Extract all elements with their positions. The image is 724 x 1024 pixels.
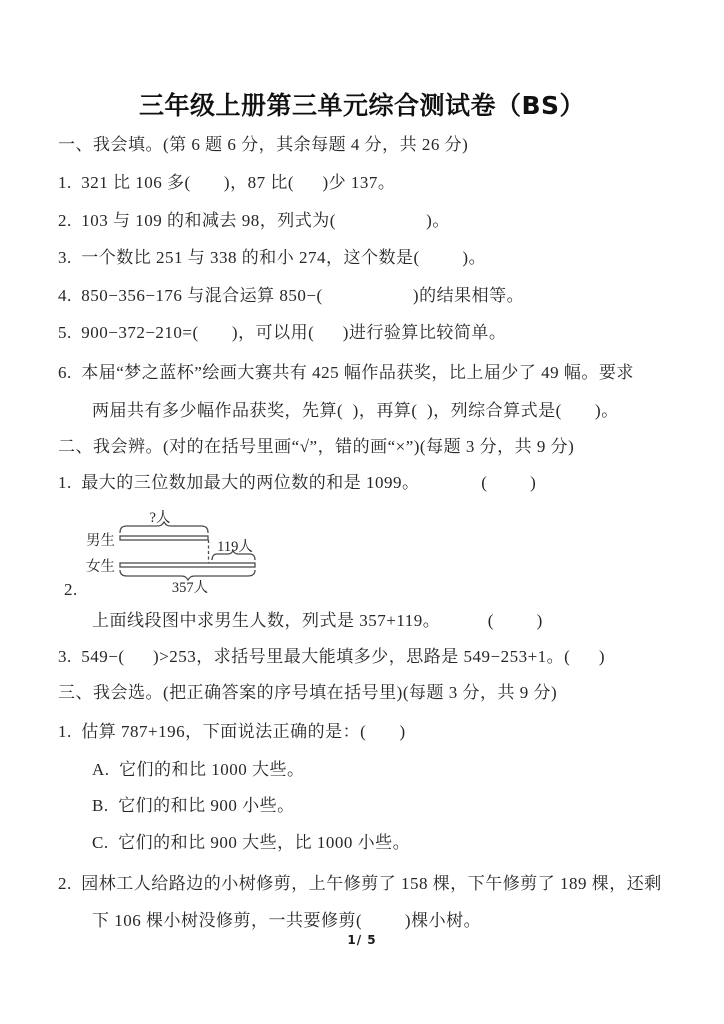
boys-segment — [120, 536, 208, 540]
section2-item2: 上面线段图中求男生人数，列式是 357+119。 ( ) — [92, 610, 543, 632]
section2-item1: 1. 最大的三位数加最大的两位数的和是 1099。 ( ) — [58, 472, 536, 494]
section1-item2: 2. 103 与 109 的和减去 98，列式为( )。 — [58, 210, 450, 232]
section3-item2-line1: 2. 园林工人给路边的小树修剪，上午修剪了 158 棵，下午修剪了 189 棵，… — [58, 873, 662, 895]
section1-item6-line1: 6. 本届“梦之蓝杯”绘画大赛共有 425 幅作品获奖，比上届少了 49 幅。要… — [58, 362, 634, 384]
diagram-boys-label: 男生 — [86, 532, 115, 549]
total-brace-icon — [120, 570, 255, 580]
section3-item2-line2: 下 106 棵小树没修剪，一共要修剪( )棵小树。 — [92, 910, 481, 932]
section1-item3: 3. 一个数比 251 与 338 的和小 274，这个数是( )。 — [58, 247, 486, 269]
section1-item6-line2: 两届共有多少幅作品获奖，先算( )，再算( )，列综合算式是( )。 — [92, 400, 619, 422]
section3-item1-option-b: B. 它们的和比 900 小些。 — [92, 795, 295, 817]
section2-header: 二、我会辨。(对的在括号里画“√”，错的画“×”)(每题 3 分，共 9 分) — [58, 436, 574, 458]
page-number: 1/ 5 — [0, 932, 724, 948]
section3-item1-option-c: C. 它们的和比 900 大些，比 1000 小些。 — [92, 832, 410, 854]
section1-item5: 5. 900−372−210=( )，可以用( )进行验算比较简单。 — [58, 322, 506, 344]
test-paper-page: 三年级上册第三单元综合测试卷（BS） 一、我会填。(第 6 题 6 分，其余每题… — [0, 0, 724, 1024]
section2-item3: 3. 549−( )>253，求括号里最大能填多少，思路是 549−253+1。… — [58, 646, 605, 668]
girls-segment — [120, 563, 255, 567]
section1-header: 一、我会填。(第 6 题 6 分，其余每题 4 分，共 26 分) — [58, 134, 468, 156]
page-title: 三年级上册第三单元综合测试卷（BS） — [0, 90, 724, 122]
section2-item2-number: 2. — [64, 579, 78, 601]
diagram-girls-label: 女生 — [86, 558, 115, 575]
section3-item1: 1. 估算 787+196，下面说法正确的是：( ) — [58, 721, 406, 743]
diagram-question-label: ?人 — [150, 509, 171, 526]
section3-item1-option-a: A. 它们的和比 1000 大些。 — [92, 759, 305, 781]
section1-item4: 4. 850−356−176 与混合运算 850−( )的结果相等。 — [58, 285, 524, 307]
line-segment-diagram: ?人 男生 119人 女生 357人 — [58, 503, 278, 599]
section3-header: 三、我会选。(把正确答案的序号填在括号里)(每题 3 分，共 9 分) — [58, 682, 557, 704]
section1-item1: 1. 321 比 106 多( )，87 比( )少 137。 — [58, 172, 395, 194]
diagram-total-label: 357人 — [172, 579, 208, 596]
